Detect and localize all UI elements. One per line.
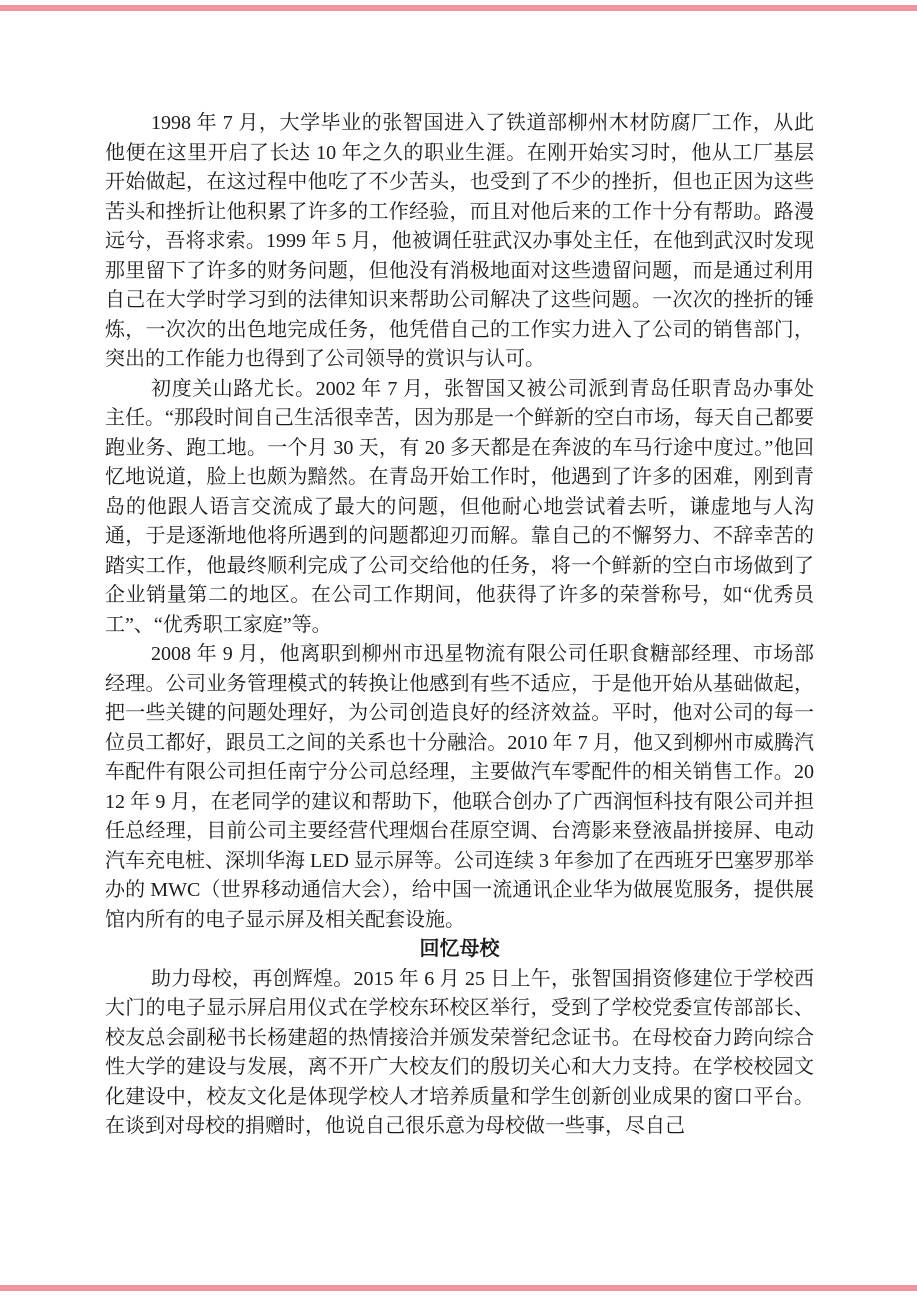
body-paragraph: 2008 年 9 月，他离职到柳州市迅星物流有限公司任职食糖部经理、市场部经理。… — [105, 640, 814, 935]
body-paragraph: 1998 年 7 月，大学毕业的张智国进入了铁道部柳州木材防腐厂工作，从此他便在… — [105, 109, 814, 375]
document-page: 1998 年 7 月，大学毕业的张智国进入了铁道部柳州木材防腐厂工作，从此他便在… — [0, 0, 917, 1296]
body-paragraph: 初度关山路尤长。2002 年 7 月，张智国又被公司派到青岛任职青岛办事处主任。… — [105, 375, 814, 641]
body-paragraph: 助力母校，再创辉煌。2015 年 6 月 25 日上午，张智国捐资修建位于学校西… — [105, 965, 814, 1142]
page-border-bottom — [0, 1285, 917, 1291]
section-heading: 回忆母校 — [105, 935, 814, 965]
document-text-area: 1998 年 7 月，大学毕业的张智国进入了铁道部柳州木材防腐厂工作，从此他便在… — [105, 109, 814, 1142]
page-border-top — [0, 5, 917, 11]
